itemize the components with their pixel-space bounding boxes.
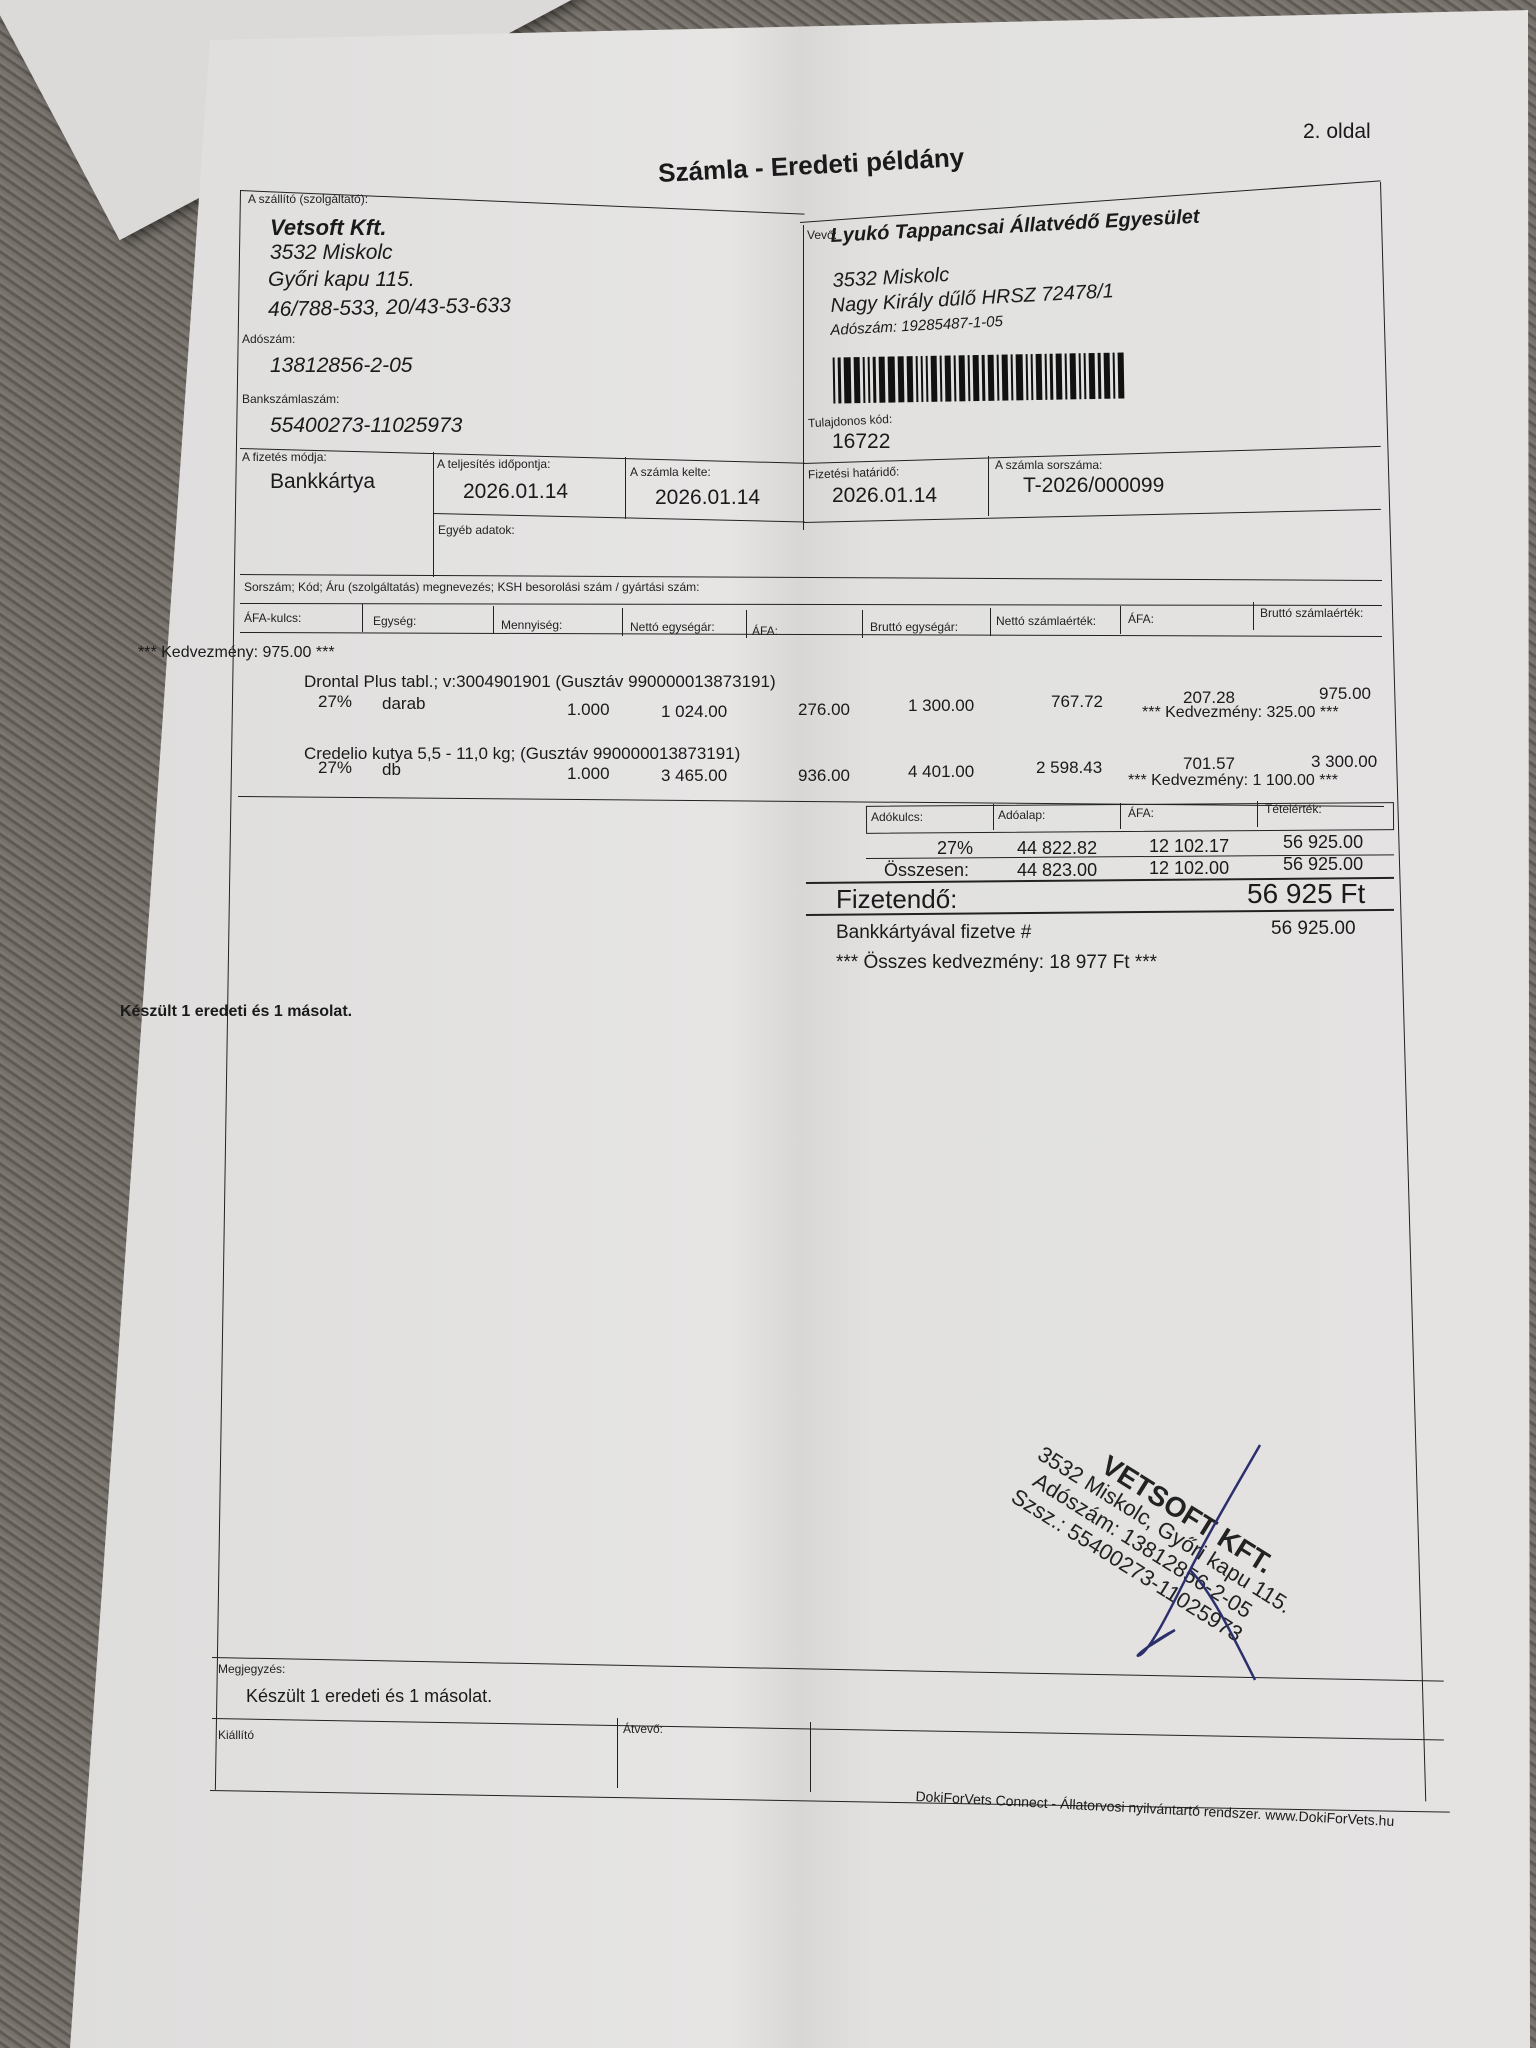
item-vat-total: 701.57 xyxy=(1183,754,1235,774)
items-header-bottom xyxy=(240,632,1382,637)
footer-mid xyxy=(212,1718,1444,1741)
receiver-label: Átvevő: xyxy=(623,1722,663,1736)
header-divider-7 xyxy=(1120,606,1121,634)
invoice-title: Számla - Eredeti példány xyxy=(657,142,965,189)
item-vat: 276.00 xyxy=(798,700,850,720)
summary-divider-1 xyxy=(993,804,994,830)
item-vat-rate: 27% xyxy=(318,692,352,712)
issue-date: 2026.01.14 xyxy=(655,486,760,510)
other-data-label: Egyéb adatok: xyxy=(438,523,515,537)
supplier-street: Győri kapu 115. xyxy=(268,268,415,292)
header-gross-total: Bruttó számlaérték: xyxy=(1260,606,1363,620)
header-vat-rate: ÁFA-kulcs: xyxy=(244,611,301,625)
item-gross-unit: 1 300.00 xyxy=(908,696,974,716)
header-divider-3 xyxy=(622,608,623,636)
due-date: 2026.01.14 xyxy=(832,484,937,508)
payable-amount: 56 925 Ft xyxy=(1247,878,1365,910)
meta-divider-3 xyxy=(988,456,989,516)
supplier-bank-label: Bankszámlaszám: xyxy=(242,392,339,406)
fulfillment-date: 2026.01.14 xyxy=(463,480,568,504)
footer-divider-1 xyxy=(617,1718,618,1788)
owner-code-label: Tulajdonos kód: xyxy=(808,412,893,430)
summary-rate: 27% xyxy=(937,838,973,859)
note-text: Készült 1 eredeti és 1 másolat. xyxy=(246,1686,492,1707)
header-vat-total: ÁFA: xyxy=(1128,612,1154,626)
buyer-city: 3532 Miskolc xyxy=(832,264,950,293)
software-footer: DokiForVets Connect - Állatorvosi nyilvá… xyxy=(915,1788,1394,1829)
supplier-tax-id: 13812856-2-05 xyxy=(270,354,412,378)
owner-code: 16722 xyxy=(832,430,890,454)
card-payment-label: Bankkártyával fizetve # xyxy=(836,922,1031,944)
footer-divider-2 xyxy=(810,1722,811,1792)
items-description-header: Sorszám; Kód; Áru (szolgáltatás) megneve… xyxy=(244,580,700,594)
summary-total-base: 44 823.00 xyxy=(1017,860,1097,881)
invoice-serial: T-2026/000099 xyxy=(1023,474,1164,498)
item-quantity: 1.000 xyxy=(567,700,610,720)
header-gross-unit: Bruttó egységár: xyxy=(870,620,958,634)
signature xyxy=(1130,1440,1330,1700)
item-unit: darab xyxy=(382,694,425,714)
summary-total-label: Összesen: xyxy=(884,860,969,881)
item-discount: *** Kedvezmény: 1 100.00 *** xyxy=(1128,772,1338,790)
item-vat-rate: 27% xyxy=(318,758,352,778)
header-vat: ÁFA: xyxy=(752,624,778,638)
item-net-unit: 1 024.00 xyxy=(661,702,727,722)
meta-divider-2 xyxy=(625,457,626,519)
item-description: Credelio kutya 5,5 - 11,0 kg; (Gusztáv 9… xyxy=(304,744,740,764)
meta-row-bottom-left xyxy=(433,513,805,522)
header-divider-8 xyxy=(1253,602,1254,630)
summary-rate-header: Adókulcs: xyxy=(871,810,923,824)
buyer-tax: Adószám: 19285487-1-05 xyxy=(830,313,1003,339)
summary-total: 56 925.00 xyxy=(1283,832,1363,853)
header-net-unit: Nettó egységár: xyxy=(630,620,715,634)
summary-vat: 12 102.17 xyxy=(1149,836,1229,857)
supplier-city: 3532 Miskolc xyxy=(270,241,393,265)
payment-method: Bankkártya xyxy=(270,470,375,494)
header-divider-6 xyxy=(990,608,991,636)
issue-date-label: A számla kelte: xyxy=(630,465,711,479)
header-quantity: Mennyiség: xyxy=(501,618,562,632)
discount-line: *** Kedvezmény: 975.00 *** xyxy=(138,644,335,662)
header-divider-1 xyxy=(362,604,363,632)
item-gross-total: 975.00 xyxy=(1319,684,1371,704)
note-label: Megjegyzés: xyxy=(218,1662,285,1676)
meta-divider-1 xyxy=(433,452,434,577)
item-description: Drontal Plus tabl.; v:3004901901 (Gusztá… xyxy=(304,672,776,692)
payment-method-label: A fizetés módja: xyxy=(242,450,327,464)
payable-label: Fizetendő: xyxy=(836,884,957,915)
item-gross-total: 3 300.00 xyxy=(1311,752,1377,772)
supplier-label: A szállító (szolgáltató): xyxy=(248,192,368,206)
meta-row-bottom-right xyxy=(803,509,1381,523)
item-net-unit: 3 465.00 xyxy=(661,766,727,786)
supplier-tax-label: Adószám: xyxy=(242,332,295,346)
frame-right xyxy=(1380,182,1426,1801)
summary-total-gross: 56 925.00 xyxy=(1283,854,1363,875)
frame-left xyxy=(215,190,241,1790)
summary-total-header: Tételérték: xyxy=(1265,802,1322,816)
items-header-mid xyxy=(240,603,1382,606)
item-gross-unit: 4 401.00 xyxy=(908,762,974,782)
center-divider xyxy=(803,225,804,530)
serial-label: A számla sorszáma: xyxy=(995,458,1102,472)
supplier-bank-account: 55400273-11025973 xyxy=(270,414,462,438)
card-payment-amount: 56 925.00 xyxy=(1271,918,1356,940)
item-quantity: 1.000 xyxy=(567,764,610,784)
header-net-total: Nettó számlaérték: xyxy=(996,614,1096,628)
item-net-total: 767.72 xyxy=(1051,692,1103,712)
copies-note: Készült 1 eredeti és 1 másolat. xyxy=(120,1003,352,1021)
item-discount: *** Kedvezmény: 325.00 *** xyxy=(1142,704,1339,722)
summary-divider-2 xyxy=(1120,803,1121,829)
summary-divider-3 xyxy=(1257,801,1258,827)
header-divider-2 xyxy=(493,606,494,634)
due-date-label: Fizetési határidő: xyxy=(808,464,900,481)
summary-total-vat: 12 102.00 xyxy=(1149,858,1229,879)
item-vat: 936.00 xyxy=(798,766,850,786)
invoice-document: 2. oldal Számla - Eredeti példány A szál… xyxy=(0,0,1536,2048)
total-discount: *** Összes kedvezmény: 18 977 Ft *** xyxy=(836,952,1157,974)
header-unit: Egység: xyxy=(373,614,416,628)
item-unit: db xyxy=(382,760,401,780)
item-net-total: 2 598.43 xyxy=(1036,758,1102,778)
buyer-name: Lyukó Tappancsai Állatvédő Egyesület xyxy=(830,206,1200,248)
supplier-name: Vetsoft Kft. xyxy=(270,215,387,241)
page-number: 2. oldal xyxy=(1303,120,1371,144)
issuer-label: Kiállító xyxy=(218,1728,254,1742)
fulfillment-label: A teljesítés időpontja: xyxy=(437,457,550,471)
supplier-phone: 46/788-533, 20/43-53-633 xyxy=(268,294,511,322)
summary-vat-header: ÁFA: xyxy=(1128,806,1154,820)
barcode xyxy=(833,352,1125,403)
summary-base-header: Adóalap: xyxy=(998,808,1045,822)
